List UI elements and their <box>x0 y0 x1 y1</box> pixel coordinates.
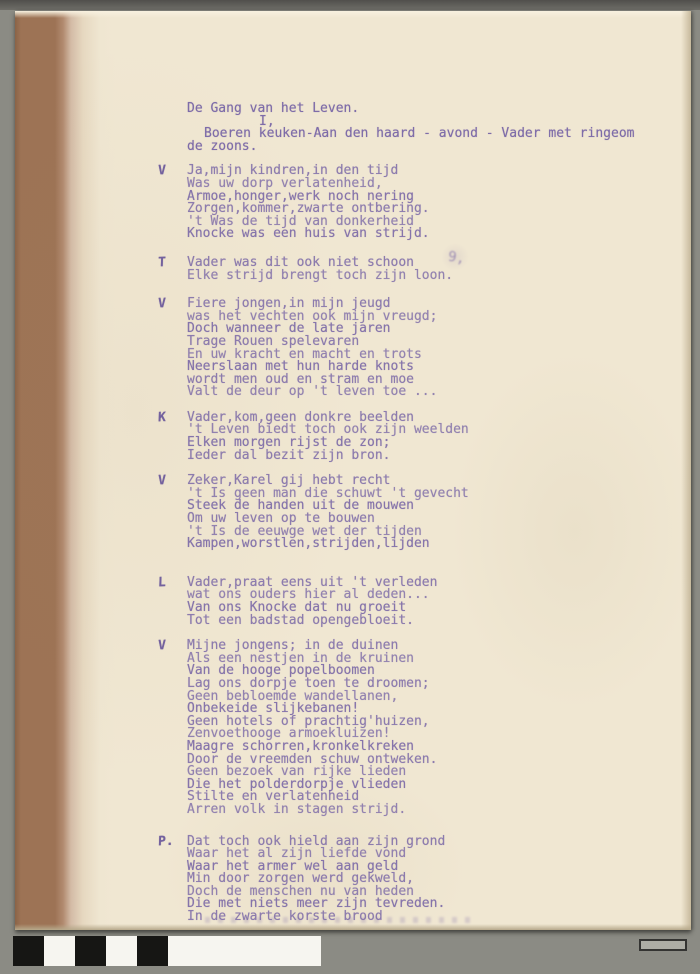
speaker-letter: V <box>158 475 180 488</box>
calibration-reference-rectangle <box>639 939 687 951</box>
speaker-letter: V <box>158 298 180 311</box>
verse-line: Kampen,worstlen,strijden,lijden <box>187 538 667 551</box>
stage-direction-line1: Boeren keuken-Aan den haard - avond - Va… <box>204 128 667 141</box>
verse-line: Elke strijd brengt toch zijn loon. <box>187 270 667 283</box>
stage-direction-line2: de zoons. <box>187 141 667 154</box>
photo-top-shadow <box>0 0 700 10</box>
stanza: LVader,praat eens uit 't verledenwat ons… <box>187 577 667 627</box>
scale-bar-segment-black <box>75 936 106 966</box>
ink-smudge: 9, <box>447 249 466 267</box>
stanza: KVader,kom,geen donkre beelden't Leven b… <box>187 412 667 462</box>
scale-bar-segment-white-long <box>168 936 321 966</box>
speaker-letter: T <box>158 257 180 270</box>
document-page: De Gang van het Leven. I, Boeren keuken-… <box>15 11 691 930</box>
stanza: VFiere jongen,in mijn jeugdwas het vecht… <box>187 298 667 399</box>
stanzas-container: VJa,mijn kindren,in den tijdWas uw dorp … <box>187 165 667 923</box>
scale-bar-segment-black <box>13 936 44 966</box>
speaker-letter: K <box>158 411 180 424</box>
stanza: VMijne jongens; in de duinenAls een nest… <box>187 640 667 816</box>
scale-bar-segment-black <box>137 936 168 966</box>
speaker-letter: V <box>158 165 180 178</box>
verse-line: Ieder dal bezit zijn bron. <box>187 450 667 463</box>
stanza: VZeker,Karel gij hebt recht't Is geen ma… <box>187 475 667 551</box>
paper-top-edge <box>15 11 691 18</box>
stanza: P.Dat toch ook hield aan zijn grondWaar … <box>187 836 667 924</box>
speaker-letter: V <box>158 640 180 653</box>
cutoff-ghost-line <box>205 917 475 923</box>
verse-line: Tot een badstad opengebloeit. <box>187 615 667 628</box>
speaker-letter: L <box>158 576 180 589</box>
speaker-letter: P. <box>158 835 180 848</box>
stanza: TVader was dit ook niet schoonElke strij… <box>187 257 667 282</box>
book-spine-edge <box>15 11 115 930</box>
paper-bottom-edge <box>15 924 691 930</box>
typewritten-text: De Gang van het Leven. I, Boeren keuken-… <box>187 103 667 924</box>
scale-bar-segment-white <box>44 936 75 966</box>
verse-line: Valt de deur op 't leven toe ... <box>187 386 667 399</box>
paper-right-edge <box>681 11 691 930</box>
scale-bar-segment-white <box>106 936 137 966</box>
verse-line: Knocke was een huis van strijd. <box>187 228 667 241</box>
verse-line: Arren volk in stagen strijd. <box>187 804 667 817</box>
stanza: VJa,mijn kindren,in den tijdWas uw dorp … <box>187 165 667 241</box>
calibration-scale-bar <box>13 936 321 966</box>
